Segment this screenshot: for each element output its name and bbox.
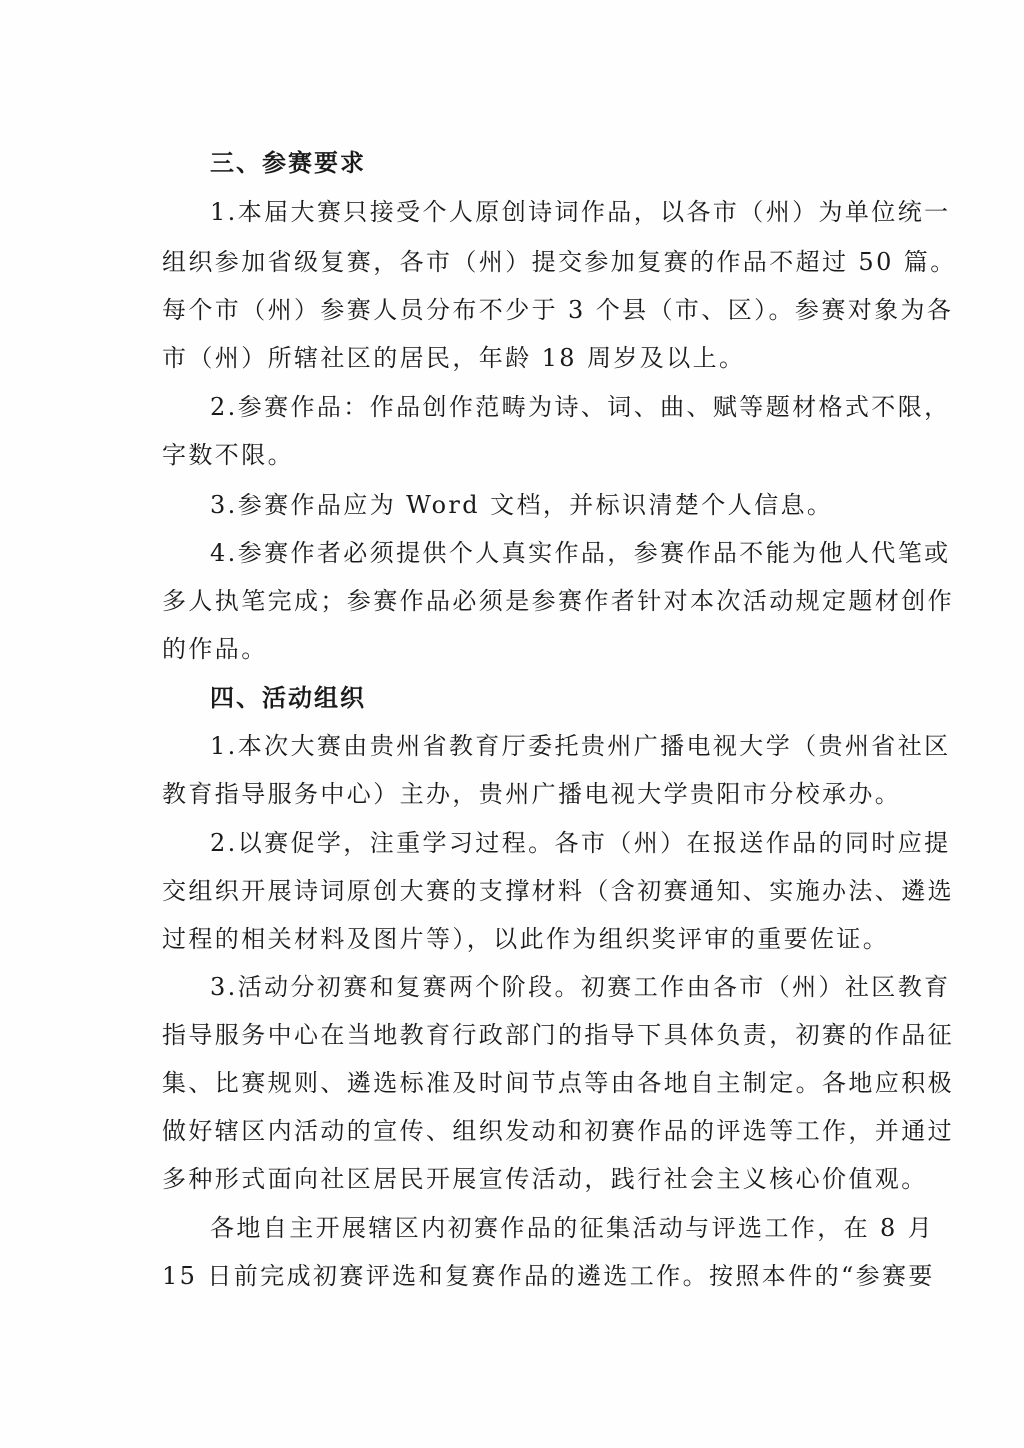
paragraph-line: 1.本次大赛由贵州省教育厅委托贵州广播电视大学（贵州省社区 bbox=[210, 731, 882, 761]
paragraph-line: 1.本届大赛只接受个人原创诗词作品，以各市（州）为单位统一 bbox=[210, 197, 882, 227]
paragraph-line: 多种形式面向社区居民开展宣传活动，践行社会主义核心价值观。 bbox=[162, 1164, 882, 1194]
paragraph-line: 每个市（州）参赛人员分布不少于 3 个县（市、区）。参赛对象为各 bbox=[162, 295, 882, 325]
section-heading-organization: 四、活动组织 bbox=[210, 683, 366, 713]
paragraph-line: 组织参加省级复赛，各市（州）提交参加复赛的作品不超过 50 篇。 bbox=[162, 247, 882, 277]
paragraph-line: 3.活动分初赛和复赛两个阶段。初赛工作由各市（州）社区教育 bbox=[210, 972, 882, 1002]
paragraph-line: 市（州）所辖社区的居民，年龄 18 周岁及以上。 bbox=[162, 343, 882, 373]
paragraph-line: 过程的相关材料及图片等），以此作为组织奖评审的重要佐证。 bbox=[162, 924, 882, 954]
paragraph-line: 各地自主开展辖区内初赛作品的征集活动与评选工作，在 8 月 bbox=[210, 1213, 882, 1243]
paragraph-line: 集、比赛规则、遴选标准及时间节点等由各地自主制定。各地应积极 bbox=[162, 1068, 882, 1098]
document-page: 三、参赛要求 1.本届大赛只接受个人原创诗词作品，以各市（州）为单位统一 组织参… bbox=[0, 0, 1024, 1448]
paragraph-line: 4.参赛作者必须提供个人真实作品，参赛作品不能为他人代笔或 bbox=[210, 538, 882, 568]
paragraph-line: 指导服务中心在当地教育行政部门的指导下具体负责，初赛的作品征 bbox=[162, 1020, 882, 1050]
paragraph-line: 2.以赛促学，注重学习过程。各市（州）在报送作品的同时应提 bbox=[210, 828, 882, 858]
paragraph-line: 多人执笔完成；参赛作品必须是参赛作者针对本次活动规定题材创作 bbox=[162, 586, 882, 616]
section-heading-requirements: 三、参赛要求 bbox=[210, 148, 366, 178]
paragraph-line: 的作品。 bbox=[162, 634, 882, 664]
paragraph-line: 交组织开展诗词原创大赛的支撑材料（含初赛通知、实施办法、遴选 bbox=[162, 876, 882, 906]
paragraph-line: 3.参赛作品应为 Word 文档，并标识清楚个人信息。 bbox=[210, 490, 882, 520]
paragraph-line: 字数不限。 bbox=[162, 440, 882, 470]
paragraph-line: 教育指导服务中心）主办，贵州广播电视大学贵阳市分校承办。 bbox=[162, 779, 882, 809]
paragraph-line: 15 日前完成初赛评选和复赛作品的遴选工作。按照本件的“参赛要 bbox=[162, 1261, 882, 1291]
paragraph-line: 做好辖区内活动的宣传、组织发动和初赛作品的评选等工作，并通过 bbox=[162, 1116, 882, 1146]
paragraph-line: 2.参赛作品：作品创作范畴为诗、词、曲、赋等题材格式不限， bbox=[210, 392, 882, 422]
